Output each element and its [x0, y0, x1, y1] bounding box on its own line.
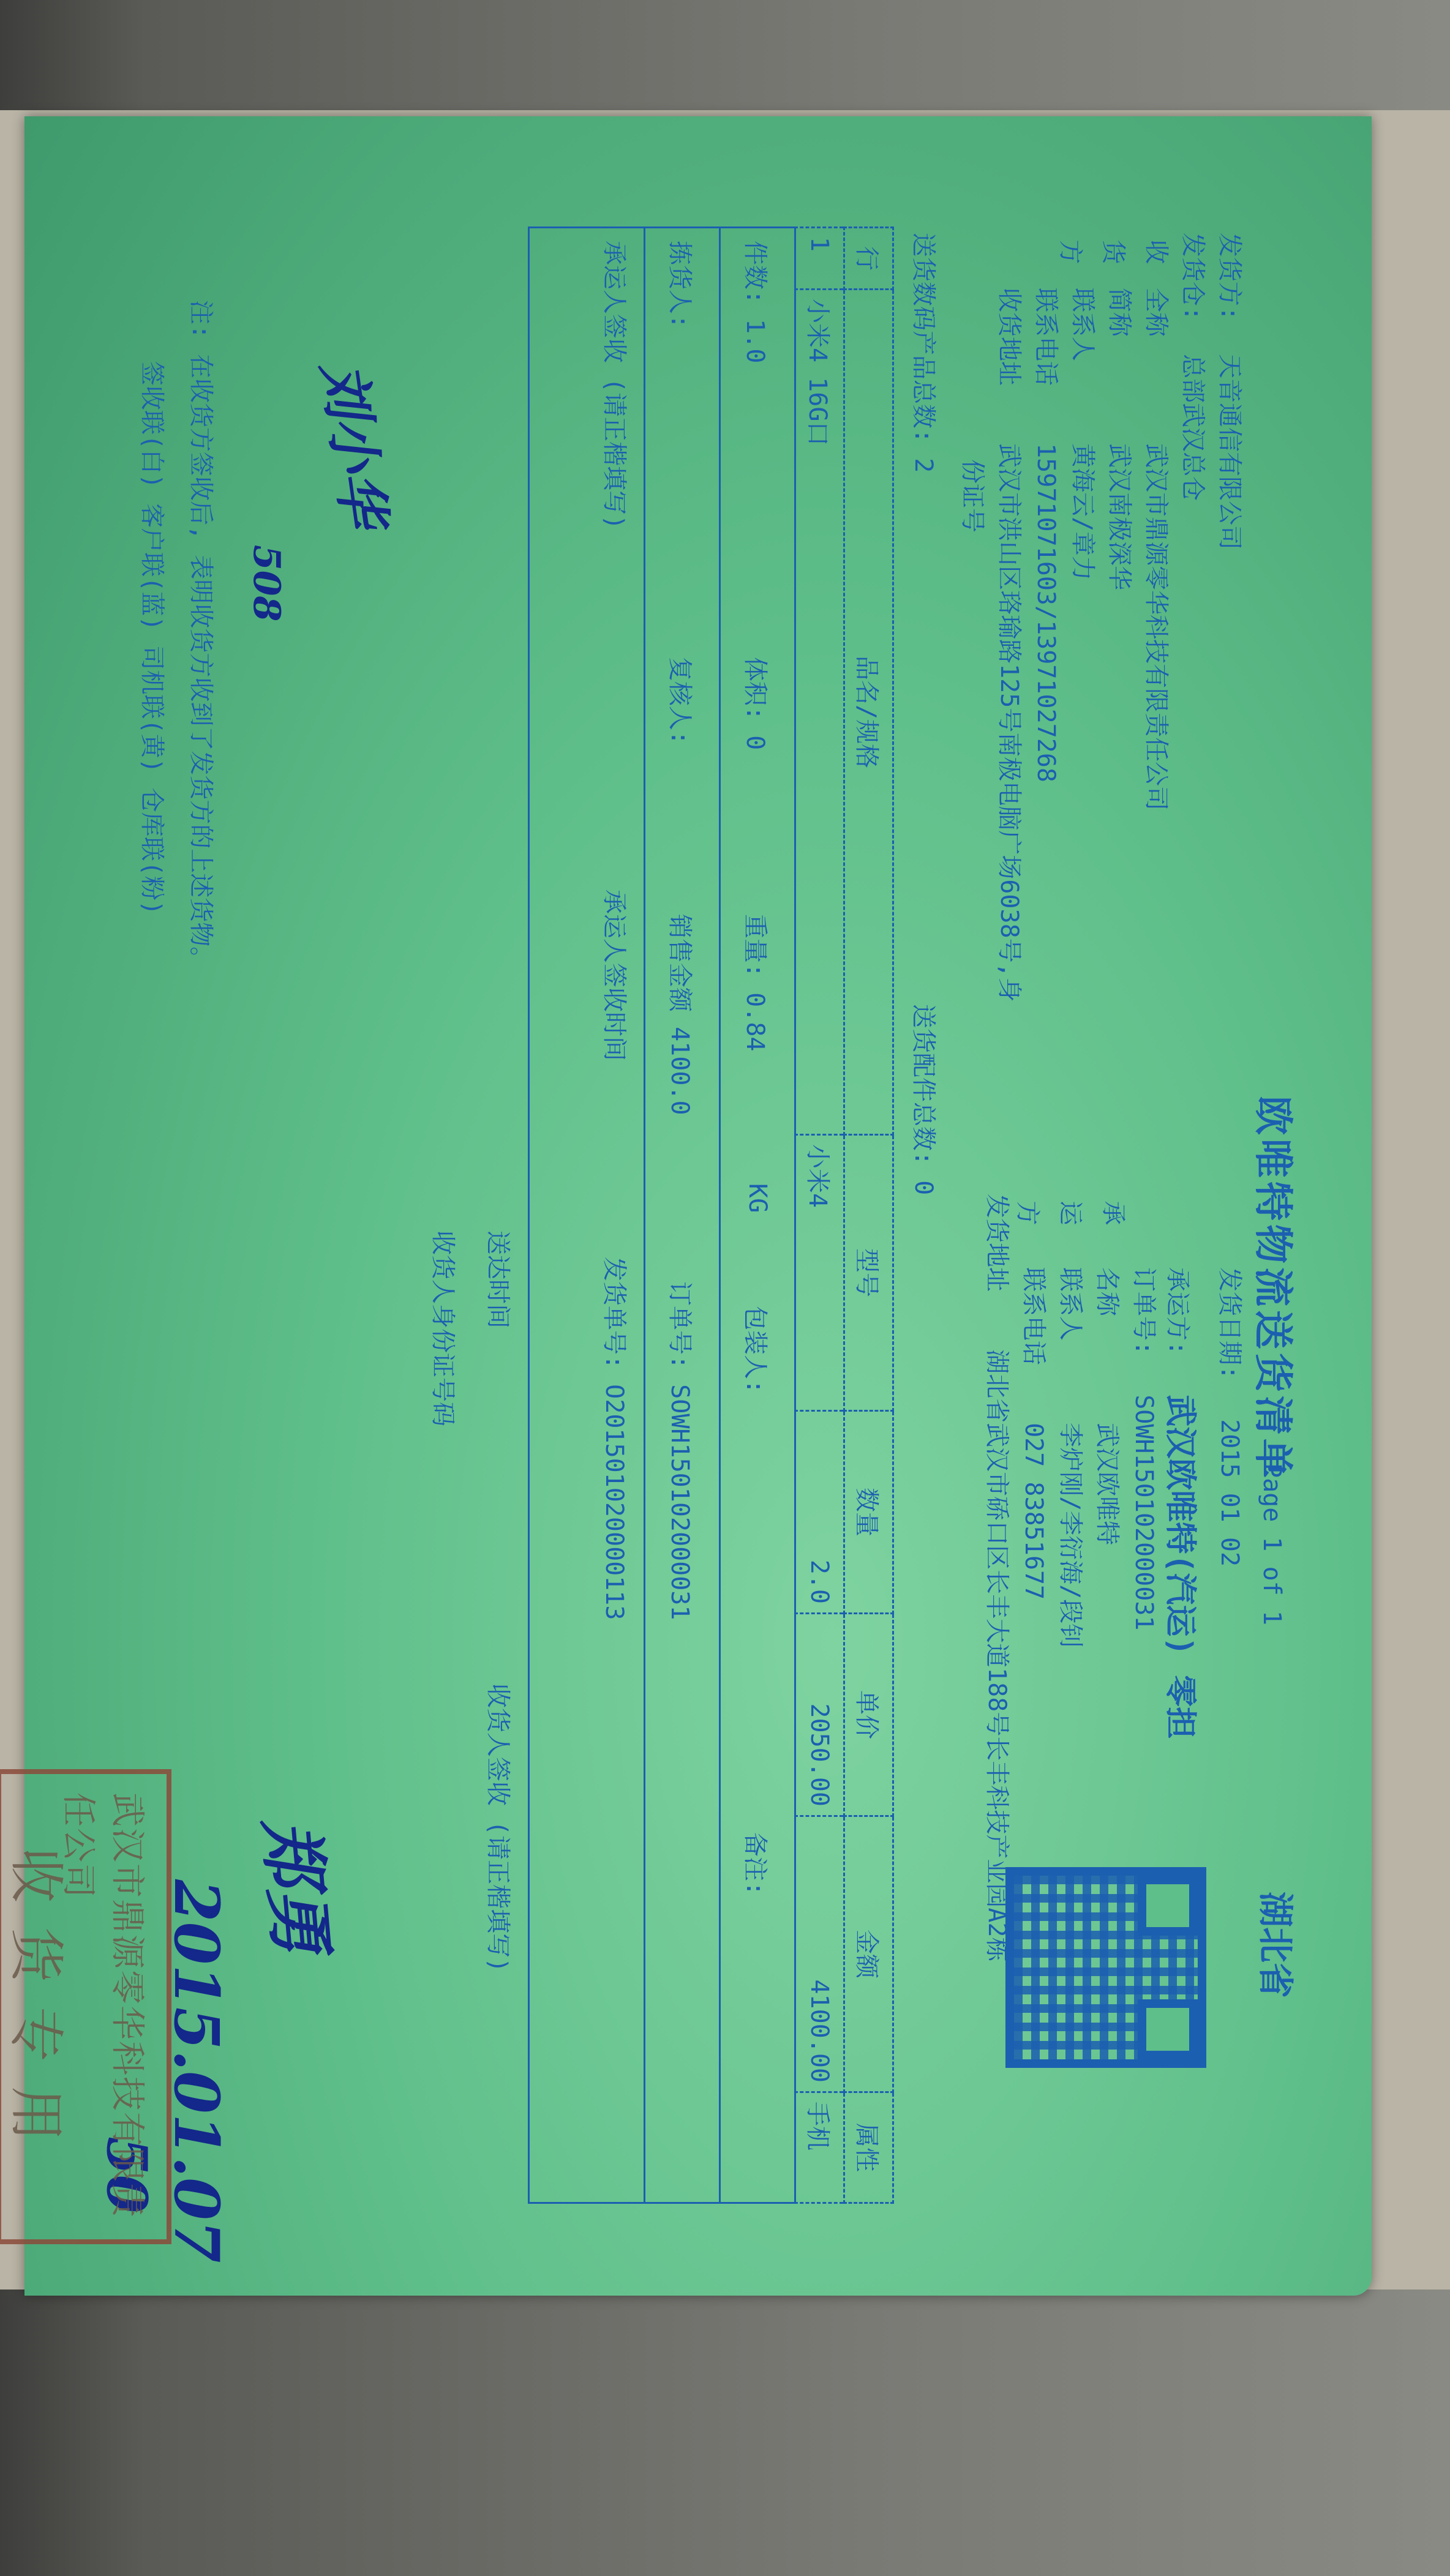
carrier-side-label: 承运方	[998, 1194, 1127, 1229]
receiver-id-label: 份证号	[958, 459, 986, 533]
carrier-phone-field: 联系电话 027 83851677	[1018, 1267, 1053, 1600]
summary-row-1: 件数: 1.0 体积: 0 重量: 0.84 KG 包装人: 备注:	[719, 227, 796, 2204]
order-no-field: 订单号: SOWH150102000031	[1129, 1267, 1163, 1631]
ship-date-value: 2015 01 02	[1215, 1419, 1244, 1567]
receiver-fullname-value: 武汉市鼎源零华科技有限责任公司	[1142, 443, 1170, 811]
receiver-id-label: 收货人身份证号码	[428, 1218, 463, 1439]
receiver-signature: 郑勇	[247, 1814, 355, 1957]
carrier-signature: 刘小华	[307, 356, 409, 531]
accessory-total: 送货配件总数: 0	[908, 1004, 943, 1195]
picker: 拣货人:	[665, 228, 700, 645]
carrier-contact-value: 李炉刚/李衍海/段钊	[1056, 1423, 1084, 1648]
receiver-fullname-field: 全称 武汉市鼎源零华科技有限责任公司	[1141, 288, 1176, 811]
receiver-contact-field: 联系人 黄海云/章力	[1067, 288, 1102, 580]
receiver-shortname-field: 简称 武汉南极深华	[1104, 288, 1139, 590]
col-attribute: 属性	[844, 2092, 893, 2203]
qr-code	[1005, 1867, 1206, 2068]
delivery-time-label: 送达时间	[483, 1218, 518, 1671]
receiver-id-field: 份证号	[957, 459, 992, 533]
receiver-sign-label: 收货人签收 (请正楷填写)	[483, 1671, 518, 1985]
page-indicator: Page 1 of 1	[1258, 1463, 1286, 1625]
document-title: 欧唯特物流送货清单	[1248, 1096, 1304, 1481]
ship-date-label: 发货日期:	[1215, 1267, 1244, 1380]
carrier-contact-label: 联系人	[1056, 1267, 1084, 1341]
carrier-field: 承运方: 武汉欧唯特(汽运) 零担	[1160, 1267, 1206, 1739]
cell-attribute: 手机	[795, 2092, 844, 2203]
order-no-value: SOWH150102000031	[1130, 1395, 1158, 1630]
checker: 复核人:	[665, 645, 700, 902]
cell-line: 1	[795, 228, 844, 290]
weight-unit: KG	[743, 1171, 772, 1294]
carrier-number: 508	[245, 545, 288, 621]
sales-amount: 销售金额 4100.0	[665, 902, 700, 1269]
summary-row-4: 送达时间 收货人签收 (请正楷填写)	[473, 227, 528, 2204]
carrier-name-field: 名称 武汉欧唯特	[1092, 1267, 1127, 1545]
summary-row-5: 收货人身份证号码	[418, 227, 473, 2204]
ship-date-field: 发货日期: 2015 01 02	[1214, 1267, 1249, 1567]
delivery-note: 欧唯特物流送货清单 湖北省 Page 1 of 1 发货方: 天音通信有限公司 …	[24, 116, 1372, 2296]
cell-name-spec: 小米4 16G口	[795, 290, 844, 1135]
carrier-phone-label: 联系电话	[1020, 1267, 1048, 1365]
packer: 包装人:	[740, 1294, 775, 1820]
dispatch-no: 发货单号: O201501020000113	[599, 1245, 634, 1632]
cell-model: 小米4	[795, 1135, 844, 1411]
receiver-fullname-label: 全称	[1142, 288, 1170, 337]
receiver-contact-value: 黄海云/章力	[1069, 443, 1097, 580]
receiver-phone-label: 联系电话	[1032, 288, 1060, 386]
cell-amount: 4100.00	[795, 1816, 844, 2092]
summary-row-2: 拣货人: 复核人: 销售金额 4100.0 订单号: SOWH150102000…	[644, 227, 719, 2204]
region-label: 湖北省	[1253, 1892, 1304, 1998]
receiver-phone-field: 联系电话 15971071603/13971027268	[1031, 288, 1065, 782]
carrier-phone-value: 027 83851677	[1020, 1423, 1048, 1600]
receiver-address-label: 收货地址	[995, 288, 1023, 386]
items-table: 行 品名/规格 型号 数量 单价 金额 属性 1 小米4 16G口 小米4 2.…	[794, 227, 894, 2204]
receiver-phone-value: 15971071603/13971027268	[1032, 443, 1060, 782]
table-row: 1 小米4 16G口 小米4 2.0 2050.00 4100.00 手机	[795, 228, 844, 2203]
receiver-contact-label: 联系人	[1069, 288, 1097, 361]
footer-copies: 签收联(白) 客户联(蓝) 司机联(黄) 仓库联(粉)	[137, 361, 171, 915]
summary-order-no: 订单号: SOWH150102000031	[665, 1269, 700, 1632]
summary-block: 件数: 1.0 体积: 0 重量: 0.84 KG 包装人: 备注: 拣货人: …	[418, 227, 796, 2204]
col-line: 行	[844, 228, 893, 290]
footer-note: 注: 在收货方签收后, 表明收货方收到了发货方的上述货物。	[186, 300, 220, 971]
carrier-name-label: 名称	[1093, 1267, 1121, 1316]
receipt-stamp: 武汉市鼎源零华科技有限责任公司 收货专用章	[0, 1769, 171, 2244]
delivery-note-rotated: 欧唯特物流送货清单 湖北省 Page 1 of 1 发货方: 天音通信有限公司 …	[24, 116, 1372, 2296]
col-qty: 数量	[844, 1411, 893, 1614]
carrier-address-label: 发货地址	[983, 1194, 1011, 1292]
receiver-shortname-label: 简称	[1105, 288, 1133, 337]
col-model: 型号	[844, 1135, 893, 1411]
shipper-field: 发货方: 天音通信有限公司	[1214, 233, 1249, 550]
shipper-label: 发货方:	[1215, 233, 1244, 321]
remarks: 备注:	[740, 1820, 775, 1908]
carrier-sign-time-label: 承运人签收时间	[599, 877, 634, 1245]
col-name-spec: 品名/规格	[844, 290, 893, 1135]
shipper-value: 天音通信有限公司	[1215, 354, 1244, 550]
carrier-address-field: 发货地址 湖北省武汉市硚口区长丰大道188号长丰科技产业园A2栋	[982, 1194, 1016, 1962]
weight: 重量: 0.84	[740, 902, 775, 1171]
stamp-purpose: 收货专用章	[0, 1848, 81, 2239]
carrier-label: 承运方:	[1163, 1267, 1192, 1355]
warehouse-value: 总部武汉总仓	[1179, 354, 1207, 501]
carrier-contact-field: 联系人 李炉刚/李衍海/段钊	[1055, 1267, 1090, 1648]
summary-row-3: 承运人签收 (请正楷填写) 承运人签收时间 发货单号: O20150102000…	[528, 227, 644, 2204]
cell-qty: 2.0	[795, 1411, 844, 1614]
col-amount: 金额	[844, 1816, 893, 2092]
table-header-row: 行 品名/规格 型号 数量 单价 金额 属性	[844, 228, 893, 2203]
carrier-name-value: 武汉欧唯特	[1093, 1423, 1121, 1545]
pieces: 件数: 1.0	[740, 228, 775, 645]
receiver-address-field: 收货地址 武汉市洪山区珞瑜路125号南极电脑广场6038号,身	[994, 288, 1029, 1002]
volume: 体积: 0	[740, 645, 775, 902]
warehouse-label: 发货仓:	[1179, 233, 1207, 321]
receiver-shortname-value: 武汉南极深华	[1105, 443, 1133, 590]
cell-unit-price: 2050.00	[795, 1614, 844, 1816]
digital-total: 送货数码产品总数: 2	[908, 233, 943, 473]
receiver-side-label: 收货方	[1041, 233, 1170, 268]
carrier-sign-label: 承运人签收 (请正楷填写)	[599, 228, 634, 877]
receiver-address-value: 武汉市洪山区珞瑜路125号南极电脑广场6038号,身	[995, 443, 1023, 1002]
warehouse-field: 发货仓: 总部武汉总仓	[1178, 233, 1212, 501]
carrier-value: 武汉欧唯特(汽运) 零担	[1162, 1395, 1198, 1739]
order-no-label: 订单号:	[1130, 1267, 1158, 1355]
col-unit-price: 单价	[844, 1614, 893, 1816]
